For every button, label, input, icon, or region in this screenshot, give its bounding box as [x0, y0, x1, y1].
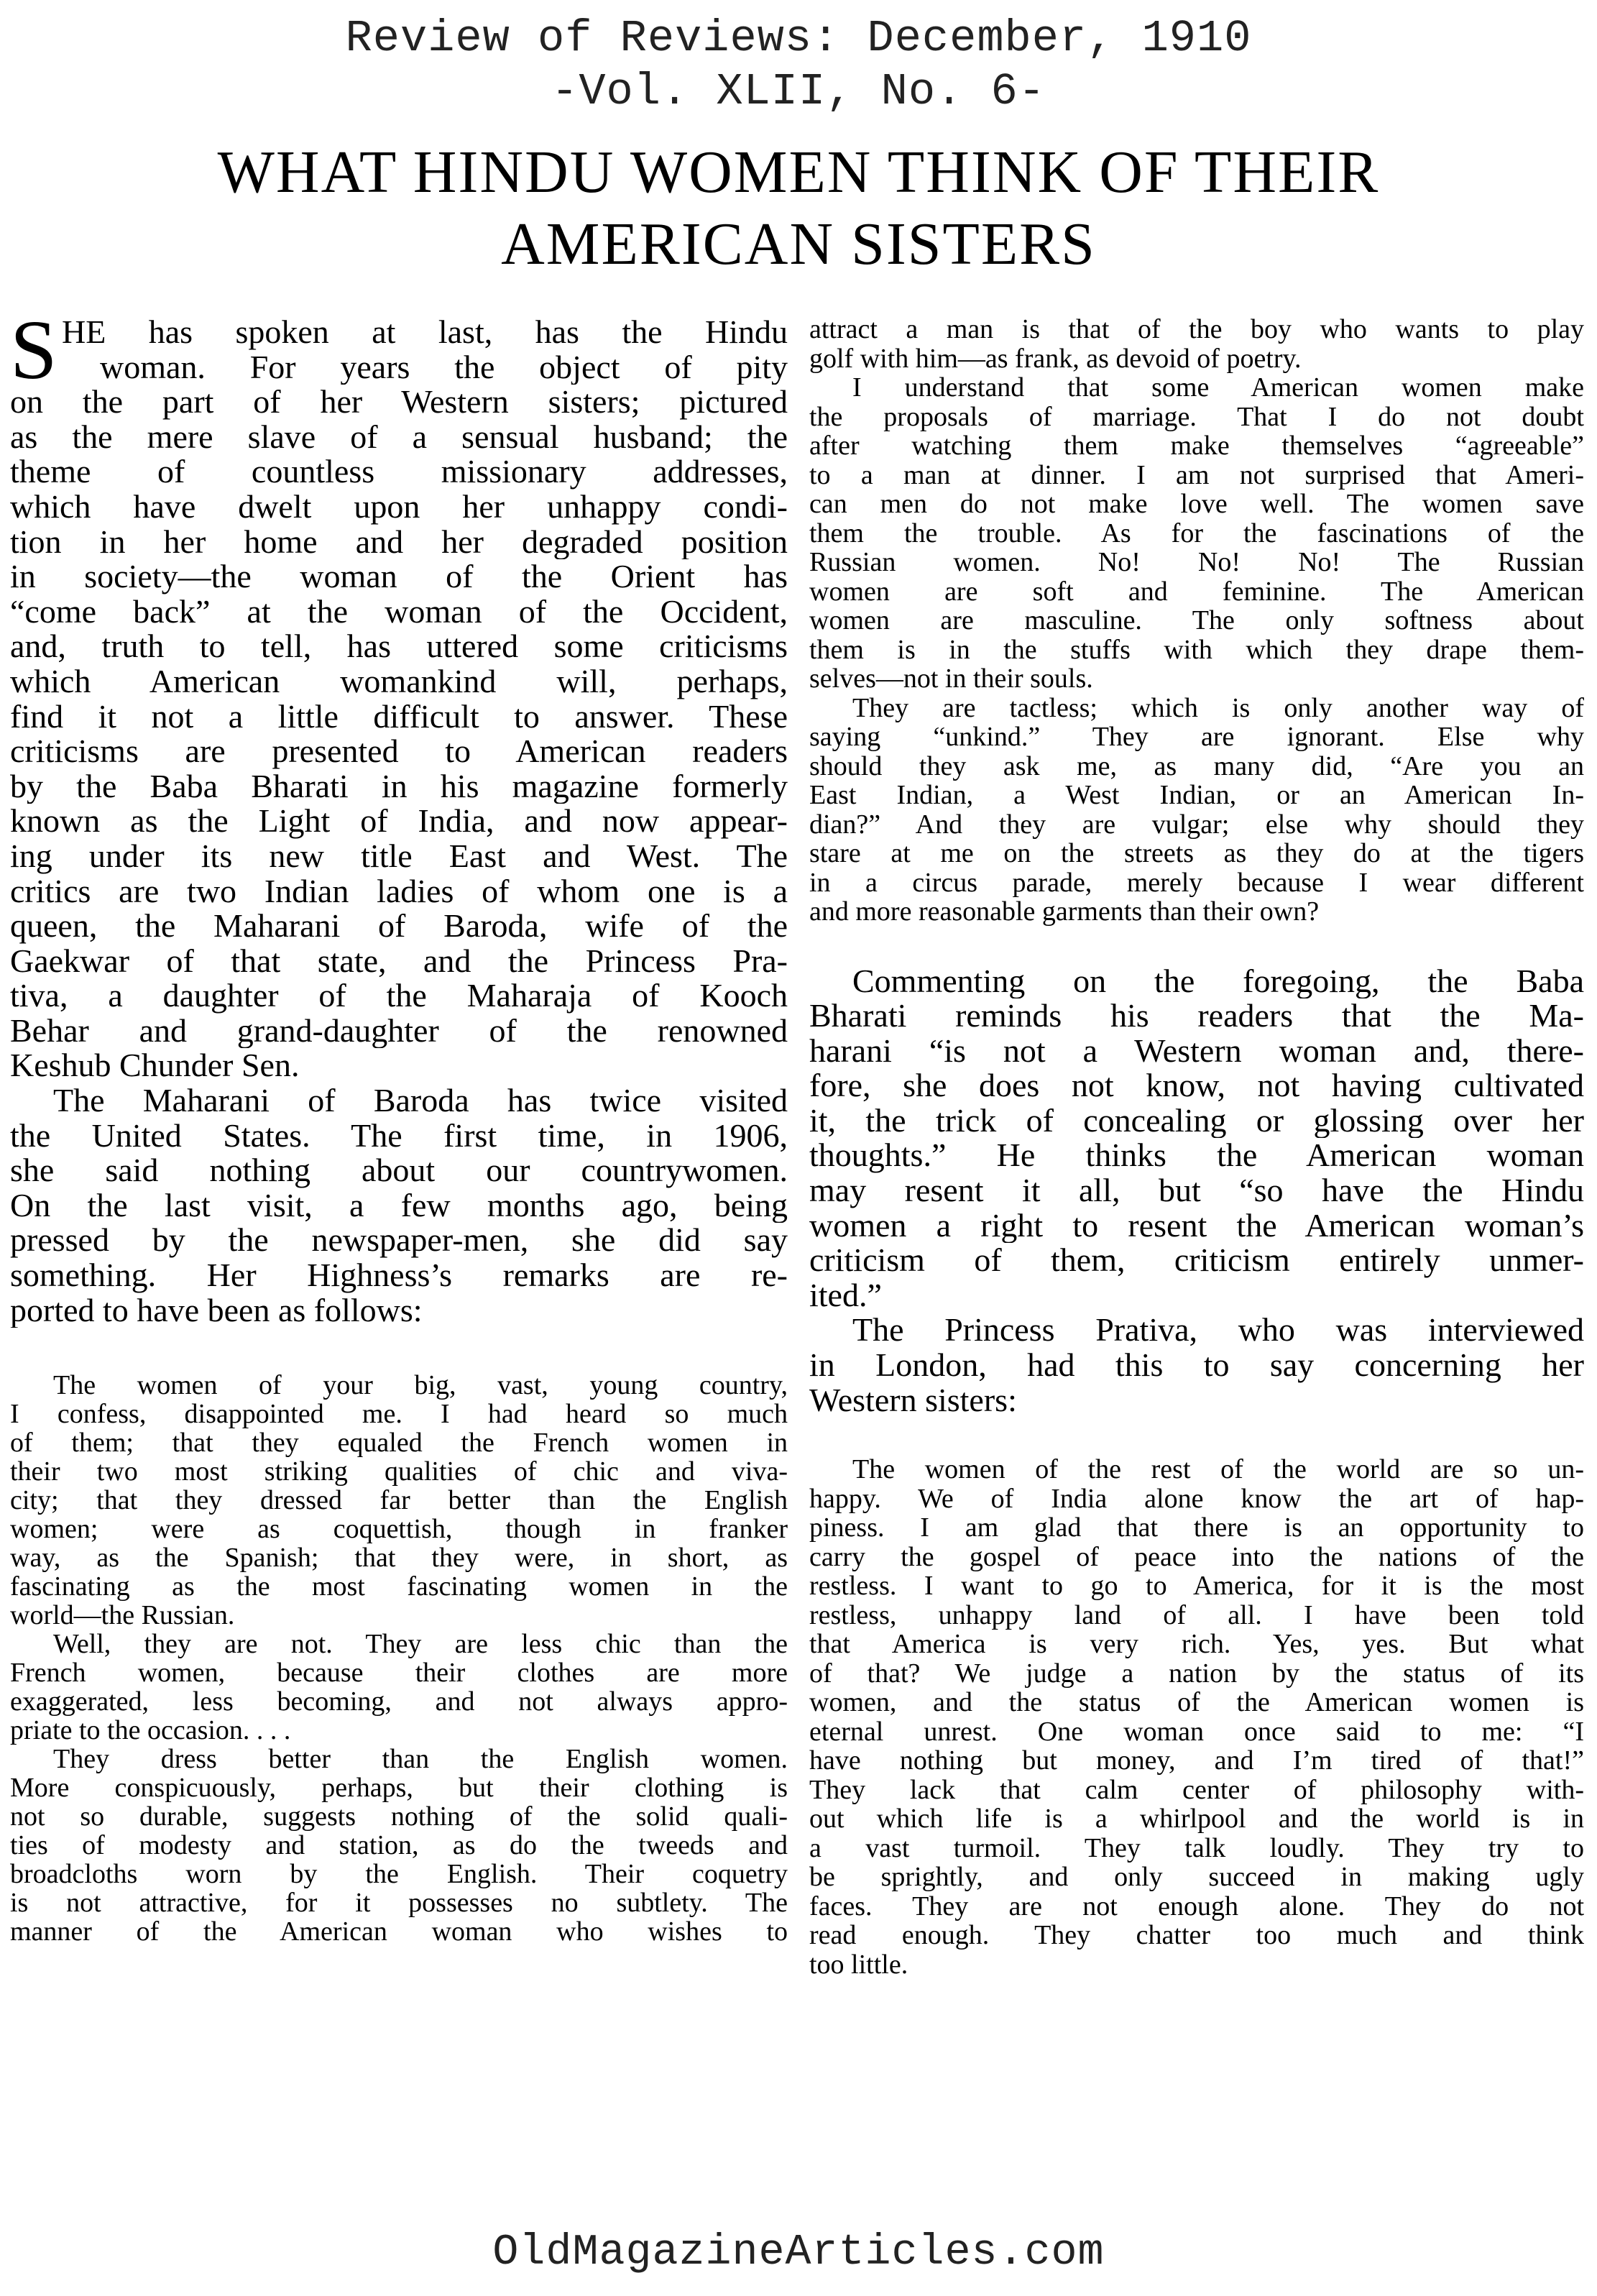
- text-line: and, truth to tell, has uttered some cri…: [10, 629, 788, 664]
- text-line: piness. I am glad that there is an oppor…: [809, 1513, 1584, 1543]
- text-line: known as the Light of India, and now app…: [10, 804, 788, 839]
- left-column: S HE has spoken at last, has the Hinduwo…: [10, 315, 788, 1946]
- text-line: saying “unkind.” They are ignorant. Else…: [809, 722, 1584, 752]
- text-line: a vast turmoil. They talk loudly. They t…: [809, 1834, 1584, 1863]
- maharani-quote: The women of your big, vast, young count…: [10, 1371, 788, 1946]
- text-line: women are masculine. The only softness a…: [809, 606, 1584, 635]
- text-line: restless. I want to go to America, for i…: [809, 1571, 1584, 1601]
- text-line: which have dwelt upon her unhappy condi-: [10, 490, 788, 525]
- text-line: They lack that calm center of philosophy…: [809, 1776, 1584, 1805]
- text-line: They dress better than the English women…: [10, 1745, 788, 1773]
- text-line: dian?” And they are vulgar; else why sho…: [809, 810, 1584, 840]
- text-line: something. Her Highness’s remarks are re…: [10, 1258, 788, 1293]
- text-line: tiva, a daughter of the Maharaja of Kooc…: [10, 978, 788, 1014]
- text-line: in society—the woman of the Orient has: [10, 559, 788, 594]
- text-line: Keshub Chunder Sen.: [10, 1048, 788, 1083]
- text-line: she said nothing about our countrywomen.: [10, 1153, 788, 1188]
- text-line: exaggerated, less becoming, and not alwa…: [10, 1687, 788, 1716]
- text-line: eternal unrest. One woman once said to m…: [809, 1717, 1584, 1747]
- issue-line: -Vol. XLII, No. 6-: [0, 66, 1597, 117]
- text-line: More conspicuously, perhaps, but their c…: [10, 1773, 788, 1802]
- text-line: On the last visit, a few months ago, bei…: [10, 1188, 788, 1223]
- text-line: Gaekwar of that state, and the Princess …: [10, 944, 788, 979]
- text-line: carry the gospel of peace into the natio…: [809, 1543, 1584, 1572]
- commentary-paragraph: Commenting on the foregoing, the BabaBha…: [809, 964, 1584, 1418]
- text-line: They are tactless; which is only another…: [809, 694, 1584, 723]
- text-line: may resent it all, but “so have the Hind…: [809, 1173, 1584, 1208]
- text-line: have nothing but money, and I’m tired of…: [809, 1746, 1584, 1776]
- article-title-line-1: WHAT HINDU WOMEN THINK OF THEIR: [0, 137, 1597, 208]
- text-line: world—the Russian.: [10, 1601, 788, 1630]
- text-line: faces. They are not enough alone. They d…: [809, 1892, 1584, 1921]
- text-line: Commenting on the foregoing, the Baba: [809, 964, 1584, 999]
- text-line: East Indian, a West Indian, or an Americ…: [809, 781, 1584, 810]
- text-line: tion in her home and her degraded positi…: [10, 525, 788, 560]
- text-line: Western sisters:: [809, 1383, 1584, 1418]
- text-line: as the mere slave of a sensual husband; …: [10, 420, 788, 455]
- text-line: Russian women. No! No! No! The Russian: [809, 548, 1584, 577]
- text-line: in a circus parade, merely because I wea…: [809, 868, 1584, 898]
- text-line: should they ask me, as many did, “Are yo…: [809, 752, 1584, 781]
- text-line: on the part of her Western sisters; pict…: [10, 385, 788, 420]
- text-line: women; were as coquettish, though in fra…: [10, 1515, 788, 1543]
- text-line: after watching them make themselves “agr…: [809, 431, 1584, 461]
- text-line: them is in the stuffs with which they dr…: [809, 635, 1584, 665]
- text-line: ited.”: [809, 1278, 1584, 1313]
- text-line: which American womankind will, perhaps,: [10, 664, 788, 699]
- text-line: The Maharani of Baroda has twice visited: [10, 1083, 788, 1119]
- text-line: manner of the American woman who wishes …: [10, 1917, 788, 1946]
- text-line: way, as the Spanish; that they were, in …: [10, 1543, 788, 1572]
- text-line: find it not a little difficult to answer…: [10, 699, 788, 735]
- text-line: theme of countless missionary addresses,: [10, 454, 788, 490]
- prativa-quote: The women of the rest of the world are s…: [809, 1455, 1584, 1979]
- text-line: happy. We of India alone know the art of…: [809, 1484, 1584, 1514]
- text-line: golf with him—as frank, as devoid of poe…: [809, 344, 1584, 374]
- text-line: them the trouble. As for the fascination…: [809, 519, 1584, 548]
- right-column: attract a man is that of the boy who wan…: [809, 315, 1584, 1979]
- text-line: attract a man is that of the boy who wan…: [809, 315, 1584, 344]
- text-line: fore, she does not know, not having cult…: [809, 1068, 1584, 1103]
- text-line: I understand that some American women ma…: [809, 373, 1584, 403]
- text-line: “come back” at the woman of the Occident…: [10, 594, 788, 630]
- text-line: criticism of them, criticism entirely un…: [809, 1243, 1584, 1278]
- text-line: by the Baba Bharati in his magazine form…: [10, 769, 788, 804]
- text-line: The women of your big, vast, young count…: [10, 1371, 788, 1400]
- text-line: of them; that they equaled the French wo…: [10, 1428, 788, 1457]
- text-line: criticisms are presented to American rea…: [10, 734, 788, 769]
- text-line: The Princess Prativa, who was interviewe…: [809, 1313, 1584, 1348]
- drop-cap: S: [10, 311, 57, 390]
- article-title: WHAT HINDU WOMEN THINK OF THEIR AMERICAN…: [0, 137, 1597, 280]
- text-line: not so durable, suggests nothing of the …: [10, 1802, 788, 1831]
- text-line: to a man at dinner. I am not surprised t…: [809, 461, 1584, 490]
- text-line: The women of the rest of the world are s…: [809, 1455, 1584, 1484]
- text-line: that America is very rich. Yes, yes. But…: [809, 1630, 1584, 1659]
- text-line: selves—not in their souls.: [809, 664, 1584, 694]
- text-line: of that? We judge a nation by the status…: [809, 1659, 1584, 1689]
- text-line: read enough. They chatter too much and t…: [809, 1921, 1584, 1950]
- text-line: woman. For years the object of pity: [10, 350, 788, 385]
- text-line: women a right to resent the American wom…: [809, 1208, 1584, 1244]
- text-line: and more reasonable garments than their …: [809, 897, 1584, 927]
- text-line: Behar and grand-daughter of the renowned: [10, 1014, 788, 1049]
- text-line: the United States. The first time, in 19…: [10, 1119, 788, 1154]
- maharani-quote-continued: attract a man is that of the boy who wan…: [809, 315, 1584, 927]
- text-line: broadcloths worn by the English. Their c…: [10, 1860, 788, 1888]
- text-line: be sprightly, and only succeed in making…: [809, 1863, 1584, 1892]
- text-line: Well, they are not. They are less chic t…: [10, 1630, 788, 1658]
- text-line: I confess, disappointed me. I had heard …: [10, 1400, 788, 1428]
- text-line: thoughts.” He thinks the American woman: [809, 1138, 1584, 1173]
- text-line: queen, the Maharani of Baroda, wife of t…: [10, 909, 788, 944]
- text-line: their two most striking qualities of chi…: [10, 1457, 788, 1486]
- text-line: is not attractive, for it possesses no s…: [10, 1888, 788, 1917]
- text-line: fascinating as the most fascinating wome…: [10, 1572, 788, 1601]
- text-line: ported to have been as follows:: [10, 1293, 788, 1328]
- text-line: out which life is a whirlpool and the wo…: [809, 1804, 1584, 1834]
- text-line: in London, had this to say concerning he…: [809, 1348, 1584, 1383]
- text-line: pressed by the newspaper-men, she did sa…: [10, 1223, 788, 1258]
- text-line: too little.: [809, 1950, 1584, 1980]
- text-line: it, the trick of concealing or glossing …: [809, 1103, 1584, 1139]
- text-line: critics are two Indian ladies of whom on…: [10, 874, 788, 909]
- text-line: stare at me on the streets as they do at…: [809, 839, 1584, 868]
- text-line: women are soft and feminine. The America…: [809, 577, 1584, 607]
- text-line: can men do not make love well. The women…: [809, 490, 1584, 519]
- text-line: HE has spoken at last, has the Hindu: [10, 315, 788, 350]
- text-line: French women, because their clothes are …: [10, 1658, 788, 1687]
- text-line: women, and the status of the American wo…: [809, 1688, 1584, 1717]
- text-line: Bharati reminds his readers that the Ma-: [809, 998, 1584, 1034]
- article-title-line-2: AMERICAN SISTERS: [0, 208, 1597, 280]
- intro-paragraph: S HE has spoken at last, has the Hinduwo…: [10, 315, 788, 1083]
- text-line: city; that they dressed far better than …: [10, 1486, 788, 1515]
- text-line: priate to the occasion. . . .: [10, 1716, 788, 1745]
- text-line: restless, unhappy land of all. I have be…: [809, 1601, 1584, 1630]
- publication-line: Review of Reviews: December, 1910: [0, 13, 1597, 64]
- text-line: ties of modesty and station, as do the t…: [10, 1831, 788, 1860]
- text-line: ing under its new title East and West. T…: [10, 839, 788, 874]
- site-footer: OldMagazineArticles.com: [0, 2228, 1597, 2277]
- text-line: harani “is not a Western woman and, ther…: [809, 1034, 1584, 1069]
- text-line: the proposals of marriage. That I do not…: [809, 403, 1584, 432]
- baroda-paragraph: The Maharani of Baroda has twice visited…: [10, 1083, 788, 1328]
